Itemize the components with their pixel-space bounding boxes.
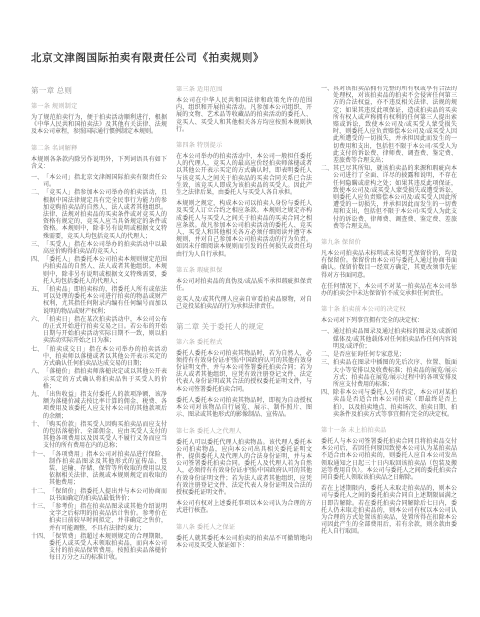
article-heading: 第六条 委托程式 [176,339,312,347]
column-middle: 第三条 适用范围本公司在中华人民共和国法律和政策允许的范围内，组织和开展拍卖活动… [176,86,312,606]
article-heading: 第八条 委托人之保证 [176,524,312,532]
list-item: 二、「竞买人」指参加本公司举办的拍卖活动，且根据中国法律规定具有完全民事行为能力… [31,190,167,240]
paragraph: 凡本公司拍卖品未标明或未说明无保留价的，均设有保留价。保留价由本公司与委托人通过… [321,251,457,280]
document-page: 北京文津阁国际拍卖有限责任公司《拍卖规则》 第一章 总则第一条 规则制定为了规范… [0,0,480,617]
list-item: 三、「买受人」指在本公司举办的拍卖活动中以最高应价购得拍卖品的竞买人； [31,242,167,256]
list-item-marker: 八、 [31,369,43,391]
paragraph: 为了规范拍卖行为，便于拍卖活动顺利进行，根据《中华人民共和国拍卖法》及其他有关法… [31,115,167,137]
article-heading: 第九条 保留价 [321,239,457,247]
article-heading: 第五条 瑕疵担保 [176,267,312,275]
paragraph: 本规则各条款内除另作说明外，下列词语具有如下含义： [31,157,167,171]
list-item: 六、「拍卖日」指在某次拍卖活动中，本公司公布的正式开始进行拍卖交易之日。若公布的… [31,317,167,346]
list-item-text: 「买受人」指在本公司举办的拍卖活动中以最高应价购得拍卖品的竞买人； [43,242,167,256]
list-item-text: 「保管费」指超过本规则规定的合理期限，委托人或买受人未领取拍卖品，而向本公司支付… [49,534,167,563]
list-item-marker: 十二、 [31,489,49,503]
paragraph: 在本公司举办的拍卖活动中，本公司一般担任委托人的代理人，竞买人的最高应价经拍卖师… [176,154,312,197]
list-item: 十四、「保管费」指超过本规则规定的合理期限，委托人或买受人未领取拍卖品，而向本公… [31,534,167,563]
list-item-marker: 七、 [31,347,43,369]
paragraph: 本公司有权对上述委托事项以本公司认为合理的方式进行核查。 [176,501,312,515]
list-item-text: 通过拍卖品图录及通过拍卖标的图录及/或新闻媒体及/或其他载体对任何拍卖品作任何内… [333,329,457,351]
list-item-text: 「各项费用」指本公司对拍卖品进行保险、制作拍卖品图录及其他形式的宣传品、包装、运… [49,452,167,488]
list-item-marker: 二、 [321,166,333,231]
column-right: 一、其对该拍卖品拥有完整的所有权或享有合法的处理权，对该拍卖品的拍卖不会侵害任何… [321,86,457,606]
article-heading: 第十一条 未上拍拍卖品 [321,427,457,435]
list-item-marker: 三、 [31,242,43,256]
paragraph: 若在上述期限内，委托人未取走拍卖品的，则本公司与委托人之间的委托拍卖合同自上述期… [321,486,457,536]
list-item: 十三、「参考价」指在拍卖品图录或其他介绍说明文字之后标明的拍卖品估计售价。参考价… [31,504,167,533]
paragraph: 竞买人及/或其代理人应亲自审看拍卖品原物，对自己竞投某拍卖品的行为承担法律责任。 [176,297,312,311]
list-item: 五、「拍卖品」即拍卖标的，指委托人所有或依法可以处理的委托本公司进行拍卖的物品或… [31,287,167,316]
paragraph: 本公司对下列事宜拥有完全的决定权： [321,318,457,325]
list-item: 四、「委托人」指委托本公司拍卖本规则规定范围内拍卖品的自然人、法人或者其他组织。… [31,257,167,286]
list-item-marker: 六、 [31,317,43,346]
column-left: 第一章 总则第一条 规则制定为了规范拍卖行为，便于拍卖活动顺利进行，根据《中华人… [31,86,167,606]
list-item-marker: 十一、 [31,452,49,488]
list-item: 十一、「各项费用」指本公司对拍卖品进行保险、制作拍卖品图录及其他形式的宣传品、包… [31,452,167,488]
article-heading: 第二条 名词解释 [31,145,167,153]
chapter-heading: 第二章 关于委托人的规定 [176,322,312,331]
list-item-marker: 四、 [321,390,333,419]
article-heading: 第四条 特别提示 [176,142,312,150]
list-item: 二、是否应征询任何专家意见； [321,352,457,359]
list-item-text: 「落槌价」指拍卖师落槌决定或以其他公开表示买定的方式确认将拍卖品售于买受人的价格… [43,369,167,391]
list-item: 二、其已尽其所知，就该拍卖品的来源和瑕疵向本公司进行了全面、详尽的披露和说明，不… [321,166,457,231]
list-item-marker: 十、 [31,422,43,451]
list-item-text: 「拍卖日」指在某次拍卖活动中，本公司公布的正式开始进行拍卖交易之日。若公布的开始… [43,317,167,346]
list-item-text: 「拍卖成交日」指在本公司举办的拍卖活动中，拍卖师以落槌或者以其他公开表示买定的方… [43,347,167,369]
list-item-marker: 五、 [31,287,43,316]
article-heading: 第十条 拍卖前本公司的决定权 [321,306,457,314]
list-item: 三、拍卖品在图录中插图的先后次序、位置、版面大小等安排以及收费标准；拍卖品的展览… [321,360,457,389]
list-item-text: 是否应征询任何专家意见； [333,352,457,359]
page-title: 北京文津阁国际拍卖有限责任公司《拍卖规则》 [31,50,460,65]
list-item-text: 除非本公司与委托人另有约定，本公司对某拍卖品是否适合由本公司拍卖（即最终是否上拍… [333,390,457,419]
list-item-text: 「出售收益」指支付委托人的款项净额，该净额为落槌价减去按比率计算的佣金、税费、各… [43,392,167,421]
paragraph: 委托人就其委托本公司拍卖的拍卖品不可撤销地向本公司及买受人保证如下： [176,536,312,550]
list-item: 八、「落槌价」指拍卖师落槌决定或以其他公开表示买定的方式确认将拍卖品售于买受人的… [31,369,167,391]
paragraph: 本公司对拍卖品的真伪及/或品质不承担瑕疵担保责任。 [176,279,312,293]
list-item: 四、除非本公司与委托人另有约定，本公司对某拍卖品是否适合由本公司拍卖（即最终是否… [321,390,457,419]
list-item-marker: 十三、 [31,504,49,533]
list-item-marker: 九、 [31,392,43,421]
list-item: 十、「购买价款」指买受人因购买拍卖品而应支付的包括落槌价、全部佣金、应由买受人支… [31,422,167,451]
list-item-text: 其对该拍卖品拥有完整的所有权或享有合法的处理权，对该拍卖品的拍卖不会侵害任何第三… [333,86,457,165]
list-item: 九、「出售收益」指支付委托人的款项净额，该净额为落槌价减去按比率计算的佣金、税费… [31,392,167,421]
paragraph: 本规则之规定，构成本公司以拍卖人身份与委托人及买受人订立合约之相应条款。本规则之… [176,201,312,259]
list-item-marker: 三、 [321,360,333,389]
list-item-text: 「参考价」指在拍卖品图录或其他介绍说明文字之后标明的拍卖品估计售价。参考价在拍卖… [49,504,167,533]
list-item: 一、通过拍卖品图录及通过拍卖标的图录及/或新闻媒体及/或其他载体对任何拍卖品作任… [321,329,457,351]
list-item-text: 其已尽其所知，就该拍卖品的来源和瑕疵向本公司进行了全面、详尽的披露和说明，不存在… [333,166,457,231]
list-item-text: 拍卖品在图录中插图的先后次序、位置、版面大小等安排以及收费标准；拍卖品的展览/展… [333,360,457,389]
paragraph: 在任何情况下，本公司不对某一拍卖品在本公司举办的拍卖会中未达保留价不成交承担任何… [321,284,457,298]
paragraph: 委托人可以委托代理人拍卖物品。该代理人委托本公司拍卖物品，应向本公司出具相关委托… [176,440,312,498]
list-item: 七、「拍卖成交日」指在本公司举办的拍卖活动中，拍卖师以落槌或者以其他公开表示买定… [31,347,167,369]
list-item-marker: 二、 [321,352,333,359]
list-item-marker: 四、 [31,257,43,286]
list-item-marker: 十四、 [31,534,49,563]
list-item-text: 「本公司」指北京文津阁国际拍卖有限责任公司。 [43,175,167,189]
paragraph: 委托人委托本公司拍卖其物品时，若为自然人，必须持有有效身份证/护照/中国政府认可… [176,351,312,394]
list-item-text: 「拍卖品」即拍卖标的，指委托人所有或依法可以处理的委托本公司进行拍卖的物品或财产… [43,287,167,316]
list-item-text: 「竞买人」指参加本公司举办的拍卖活动，且根据中国法律规定具有完全民事行为能力的参… [43,190,167,240]
list-item-marker: 一、 [321,329,333,351]
list-item: 一、「本公司」指北京文津阁国际拍卖有限责任公司。 [31,175,167,189]
paragraph: 委托人委托本公司拍卖其物品时，即视为自动授权本公司对该物品自行展览、展示、制作照… [176,398,312,420]
list-item-marker: 二、 [31,190,43,240]
document-columns: 第一章 总则第一条 规则制定为了规范拍卖行为，便于拍卖活动顺利进行，根据《中华人… [31,86,460,606]
article-heading: 第一条 规则制定 [31,103,167,111]
list-item-marker: 一、 [321,86,333,165]
list-item-marker: 一、 [31,175,43,189]
list-item: 一、其对该拍卖品拥有完整的所有权或享有合法的处理权，对该拍卖品的拍卖不会侵害任何… [321,86,457,165]
article-heading: 第三条 适用范围 [176,86,312,94]
paragraph: 委托人与本公司签署委托拍卖合同且将拍卖品交付本公司后，若因任何原因致使本公司认为… [321,439,457,482]
list-item-text: 「委托人」指委托本公司拍卖本规则规定范围内拍卖品的自然人、法人或者其他组织。本规… [43,257,167,286]
chapter-heading: 第一章 总则 [31,86,167,95]
article-heading: 第七条 委托人之代理人 [176,428,312,436]
list-item-text: 「保留价」指委托人提出并与本公司协商而以书面确定的拍卖品最低售价； [49,489,167,503]
paragraph: 本公司在中华人民共和国法律和政策允许的范围内，组织和开展拍卖活动。凡参加本公司组… [176,98,312,134]
list-item: 十二、「保留价」指委托人提出并与本公司协商而以书面确定的拍卖品最低售价； [31,489,167,503]
list-item-text: 「购买价款」指买受人因购买拍卖品而应支付的包括落槌价、全部佣金、应由买受人支付的… [43,422,167,451]
